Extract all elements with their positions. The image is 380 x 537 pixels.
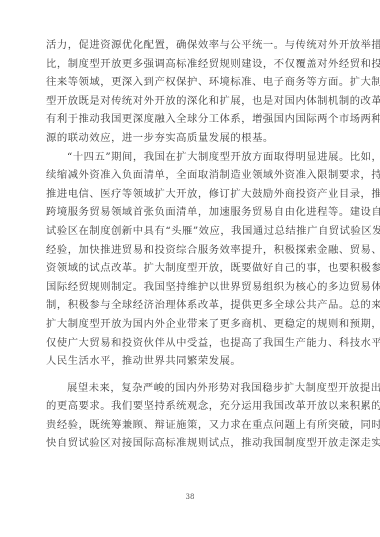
text-line: 制，积极参与全球经济治理体系改革，提供更多全球公共产品。总的来看， bbox=[46, 296, 332, 315]
text-line: 人民生活水平，推动世界共同繁荣发展。 bbox=[46, 352, 332, 371]
text-line: 经验，加快推进贸易和投资综合服务效率提升，积极探索金融、贸易、投 bbox=[46, 241, 332, 260]
text-line: 续缩减外资准入负面清单，全面取消制造业领域外资准入限制要求，持续 bbox=[46, 166, 332, 185]
text-line: 往来等领域，更深入到产权保护、环境标准、电子商务等方面。扩大制度 bbox=[46, 73, 332, 92]
text-line: 贵经验，既统筹兼顾、辩证施策，又力求在重点问题上有所突破，同时加 bbox=[46, 416, 332, 435]
text-line: 有利于推动我国更深度融入全球分工体系，增强国内国际两个市场两种资 bbox=[46, 110, 332, 129]
paragraph-2: “十四五”期间，我国在扩大制度型开放方面取得明显进展。比如，持 续缩减外资准入负… bbox=[46, 148, 332, 371]
paragraph-1: 活力，促进资源优化配置，确保效率与公平统一。与传统对外开放举措相 比，制度型开放… bbox=[46, 36, 332, 148]
document-page: 活力，促进资源优化配置，确保效率与公平统一。与传统对外开放举措相 比，制度型开放… bbox=[0, 0, 380, 537]
text-line: “十四五”期间，我国在扩大制度型开放方面取得明显进展。比如，持 bbox=[46, 148, 332, 167]
paragraph-3: 展望未来，复杂严峻的国内外形势对我国稳步扩大制度型开放提出新 的更高要求。我们要… bbox=[46, 379, 332, 453]
body-text: 活力，促进资源优化配置，确保效率与公平统一。与传统对外开放举措相 比，制度型开放… bbox=[46, 36, 332, 453]
text-line: 试验区在制度创新中具有“头雁”效应，我国通过总结推广自贸试验区发展 bbox=[46, 222, 332, 241]
text-line: 跨境服务贸易领域首张负面清单，加速服务贸易自由化进程等。建设自贸 bbox=[46, 203, 332, 222]
text-line: 源的联动效应，进一步夯实高质量发展的根基。 bbox=[46, 129, 332, 148]
paragraph-spacer bbox=[46, 371, 332, 379]
text-line: 快自贸试验区对接国际高标准规则试点，推动我国制度型开放走深走实。 bbox=[46, 434, 332, 453]
text-line: 推进电信、医疗等领域扩大开放，修订扩大鼓励外商投资产业目录，推出 bbox=[46, 185, 332, 204]
text-line: 比，制度型开放更多强调高标准经贸规则建设，不仅覆盖对外经贸和投资 bbox=[46, 55, 332, 74]
text-line: 展望未来，复杂严峻的国内外形势对我国稳步扩大制度型开放提出新 bbox=[46, 379, 332, 398]
text-line: 国际经贸规则制定。我国坚持维护以世界贸易组织为核心的多边贸易体 bbox=[46, 278, 332, 297]
text-line: 的更高要求。我们要坚持系统观念，充分运用我国改革开放以来积累的宝 bbox=[46, 397, 332, 416]
text-line: 资领域的试点改革。扩大制度型开放，既要做好自己的事，也要积极参与 bbox=[46, 259, 332, 278]
page-number: 38 bbox=[0, 493, 380, 501]
text-line: 仅使广大贸易和投资伙伴从中受益，也提高了我国生产能力、科技水平和 bbox=[46, 334, 332, 353]
text-line: 活力，促进资源优化配置，确保效率与公平统一。与传统对外开放举措相 bbox=[46, 36, 332, 55]
text-line: 扩大制度型开放为国内外企业带来了更多商机、更稳定的规则和预期，不 bbox=[46, 315, 332, 334]
text-line: 型开放既是对传统对外开放的深化和扩展，也是对国内体制机制的改革， bbox=[46, 92, 332, 111]
